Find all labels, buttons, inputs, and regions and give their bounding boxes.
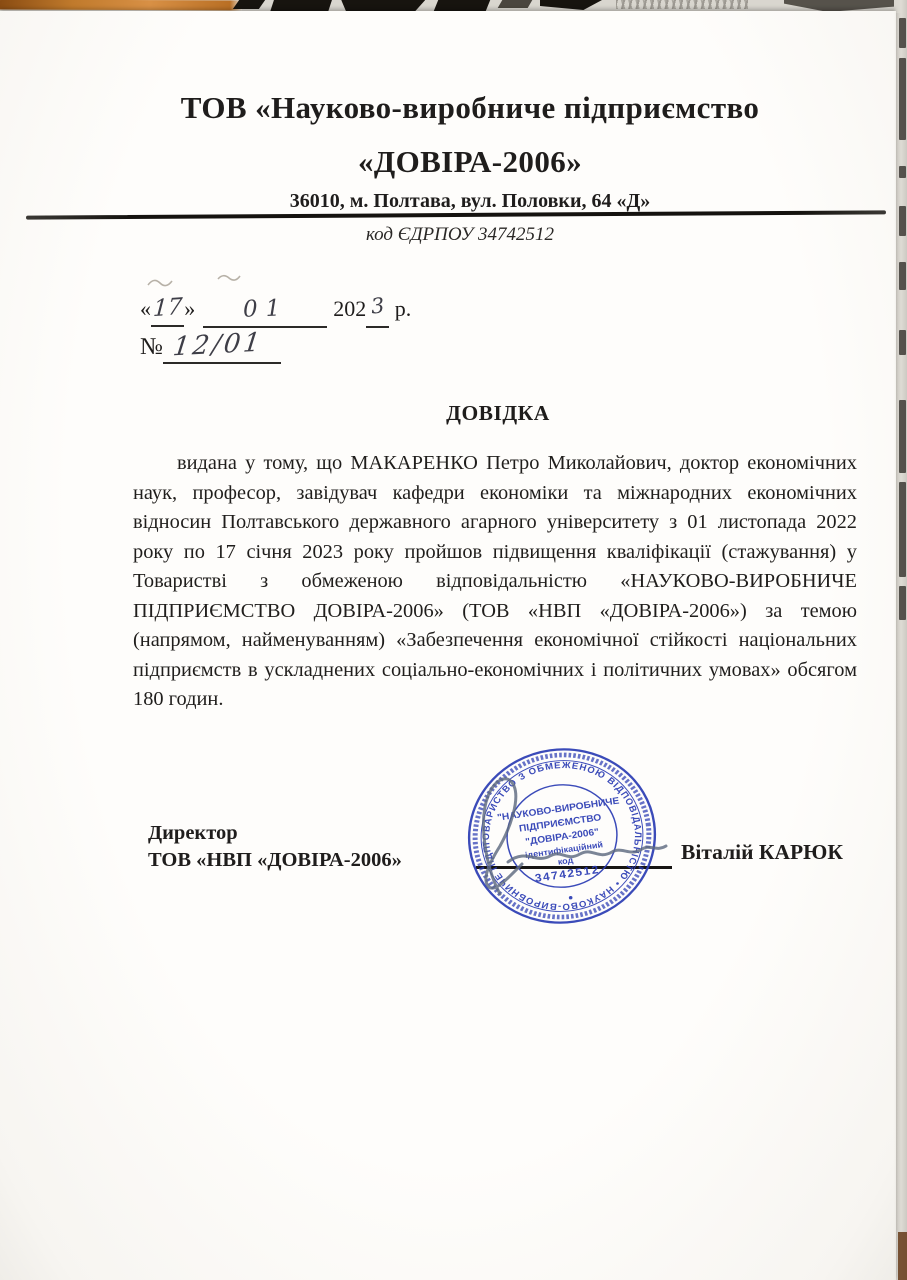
org-name-line1: ТОВ «Науково-виробниче підприємство [35,90,905,126]
pencil-smudge [146,274,192,290]
date-number-block: «17»012023 р. №12/01 [140,292,411,364]
handwritten-number: 12/01 [171,327,265,365]
edge-mark [899,18,906,48]
month-underline: 01 [203,292,327,328]
document-title: ДОВІДКА [133,401,863,426]
handwritten-day: 17 [152,291,184,326]
ornament-pattern-artifact [616,0,748,9]
number-row: №12/01 [140,329,411,364]
edge-mark [899,482,906,577]
number-underline: 12/01 [163,329,281,364]
edge-mark [899,330,906,355]
certificate-body-text: видана у тому, що МАКАРЕНКО Петро Микола… [133,449,857,715]
scan-artifact-shape [540,0,602,10]
handwritten-year-digit: 3 [369,289,386,323]
day-underline: 17 [151,291,184,327]
edrpou-code-line: код ЄДРПОУ 34742512 [20,224,900,246]
edge-mark [899,262,906,290]
desk-wood-strip [0,0,242,11]
pencil-smudge [216,270,246,284]
handwritten-month: 01 [242,292,288,327]
scan-artifact-shape [233,0,265,9]
year-underline: 3 [366,292,389,328]
year-printed: 202 [333,296,366,321]
quote-close: » [184,296,195,321]
year-suffix: р. [389,296,411,321]
scanned-certificate-page: ТОВ «Науково-виробниче підприємство «ДОВ… [0,0,907,1280]
signer-name: Віталій КАРЮК [681,840,843,865]
edge-mark [899,400,906,473]
edge-mark-bottom [898,1232,907,1280]
scan-artifact-shape [498,0,533,8]
signer-role-line1: Директор [148,820,402,847]
org-address: 36010, м. Полтава, вул. Половки, 64 «Д» [35,190,905,213]
org-name-line2: «ДОВІРА-2006» [35,144,905,180]
number-label: № [140,334,163,360]
scan-artifact-shape [434,0,490,11]
quote-open: « [140,296,151,321]
signer-role-block: Директор ТОВ «НВП «ДОВІРА-2006» [148,820,402,874]
signer-role-line2: ТОВ «НВП «ДОВІРА-2006» [148,847,402,874]
date-row: «17»012023 р. [140,292,411,328]
handwritten-signature [444,762,694,907]
edge-mark [899,586,906,620]
